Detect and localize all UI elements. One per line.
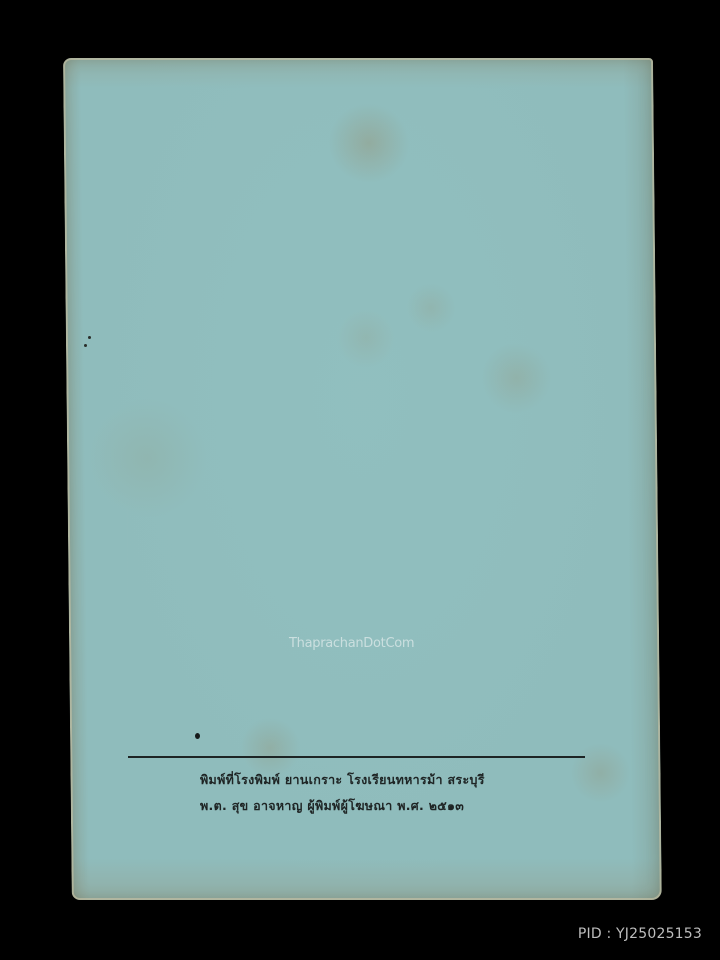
printer-imprint-line-1: พิมพ์ที่โรงพิมพ์ ยานเกราะ โรงเรียนทหารม้… bbox=[200, 770, 540, 790]
paper-speck bbox=[88, 336, 91, 339]
product-id-label: PID : YJ25025153 bbox=[578, 926, 702, 942]
watermark-text: ThaprachanDotCom bbox=[289, 636, 414, 651]
printer-imprint-line-2: พ.ต. สุข อาจหาญ ผู้พิมพ์ผู้โฆษณา พ.ศ. ๒๕… bbox=[200, 796, 540, 816]
ink-dot bbox=[195, 733, 200, 739]
horizontal-rule bbox=[128, 756, 585, 758]
paper-speck bbox=[84, 344, 87, 347]
